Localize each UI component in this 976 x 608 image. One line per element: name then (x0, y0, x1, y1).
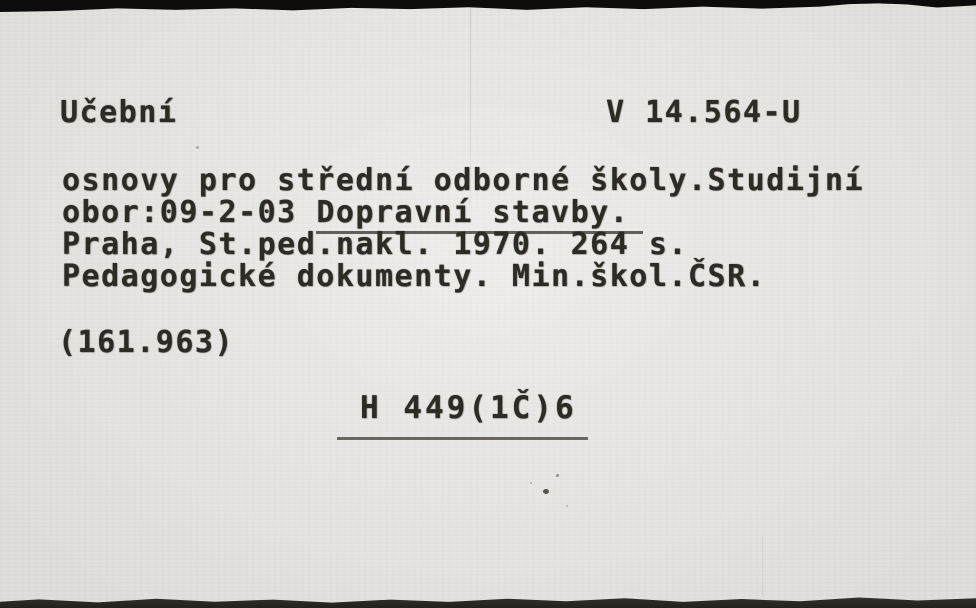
scan-edge-bottom (0, 594, 976, 608)
imprint-line: Praha, St.ped.nakl. 1970. 264 s. (62, 227, 688, 262)
paper-speck (556, 474, 559, 477)
call-number: V 14.564-U (606, 95, 802, 130)
card-heading: Učební (60, 95, 177, 130)
subject-prefix: obor:09-2-03 (62, 195, 316, 230)
accession-number: (161.963) (58, 325, 234, 360)
shelf-mark-underline (337, 437, 588, 440)
series-line: Pedagogické dokumenty. Min.škol.ČSR. (62, 259, 766, 294)
paper-speck (566, 505, 568, 507)
paper-speck (543, 489, 549, 494)
shelf-mark: H 449(1Č)6 (360, 390, 577, 426)
vertical-crease-faint (762, 535, 763, 597)
paper-speck (530, 482, 532, 484)
catalog-card-scan: Učební V 14.564-U osnovy pro střední odb… (0, 0, 976, 608)
subject-line: obor:09-2-03 Dopravní stavby. (62, 195, 643, 230)
title-line: osnovy pro střední odborné školy.Studijn… (62, 163, 864, 198)
scan-edge-top (0, 0, 976, 12)
paper-speck (196, 146, 199, 149)
